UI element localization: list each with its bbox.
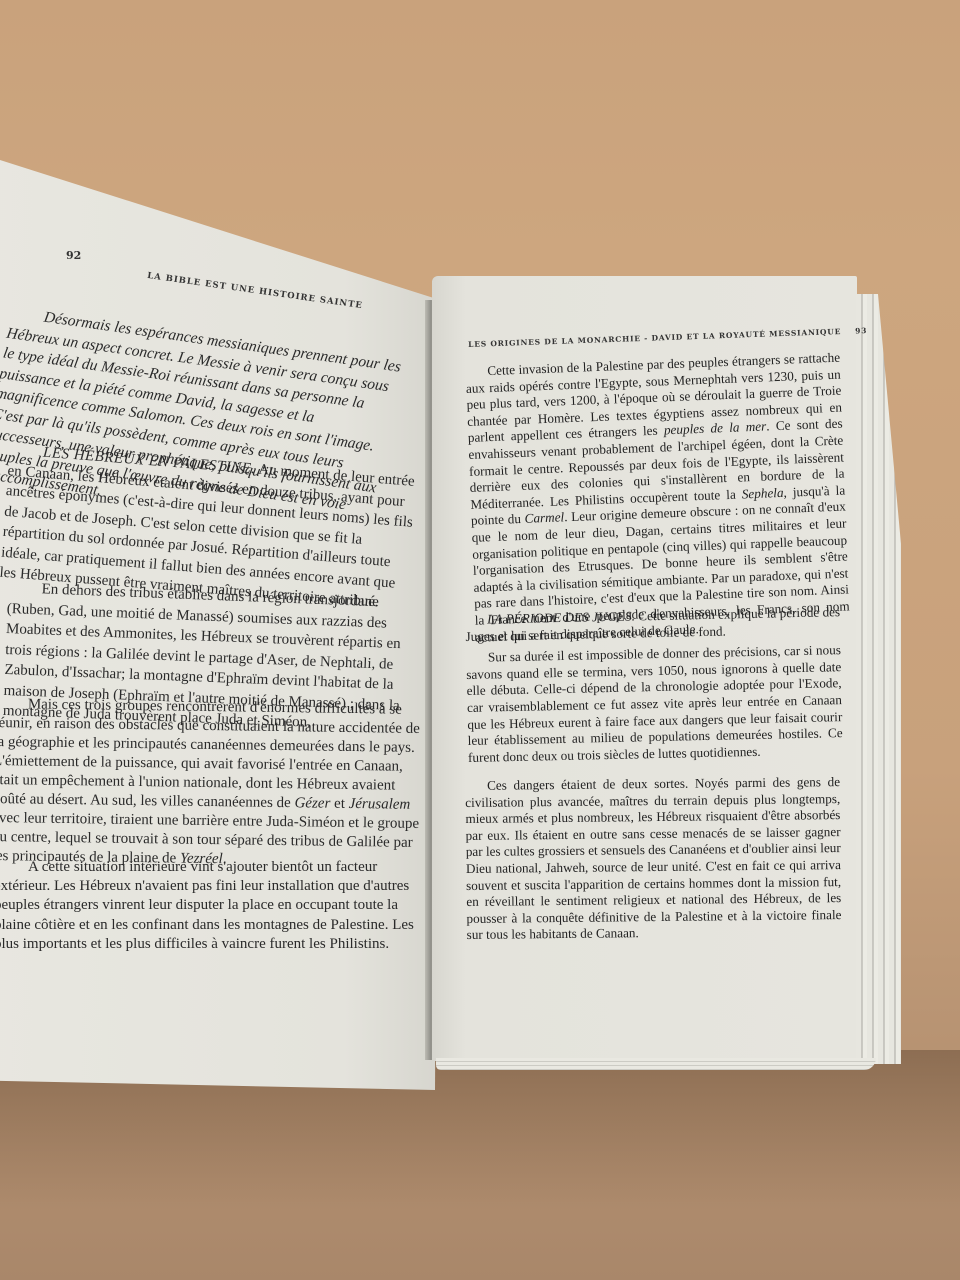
right-section-heading: LA PÉRIODE DES JUGES. [487, 608, 635, 626]
right-para1-peuples: peuples de la mer [664, 419, 767, 438]
right-paragraph-4: Ces dangers étaient de deux sortes. Noyé… [465, 774, 842, 944]
bottom-page-edges [436, 1058, 876, 1070]
left-para4-gezer: Gézer [294, 795, 330, 811]
right-page-number: 93 [855, 326, 867, 335]
right-paragraph-2: LA PÉRIODE DES JUGES. Cette situation ex… [465, 604, 843, 766]
right-para1-carmel: Carmel [524, 510, 564, 527]
right-paragraph-3: Sur sa durée il est impossible de donner… [466, 642, 843, 766]
right-page-edges [856, 294, 901, 1064]
left-paragraph-4: Mais ces trois groupes rencontrèrent d'é… [0, 695, 424, 872]
left-paragraph-5: A cette situation intérieure vint s'ajou… [0, 858, 424, 954]
left-para4-jerusalem: Jérusalem [349, 796, 411, 813]
right-para4-text: Ces dangers étaient de deux sortes. Noyé… [465, 774, 842, 944]
left-para5-text: A cette situation intérieure vint s'ajou… [0, 859, 414, 952]
right-paragraph-1: Cette invasion de la Palestine par des p… [465, 350, 851, 646]
right-para1-sephela: Sephela [741, 485, 783, 502]
left-page-number: 92 [66, 249, 81, 262]
left-para4-start: Mais ces trois groupes rencontrèrent d'é… [0, 696, 420, 811]
left-para4-mid: et [330, 796, 349, 812]
